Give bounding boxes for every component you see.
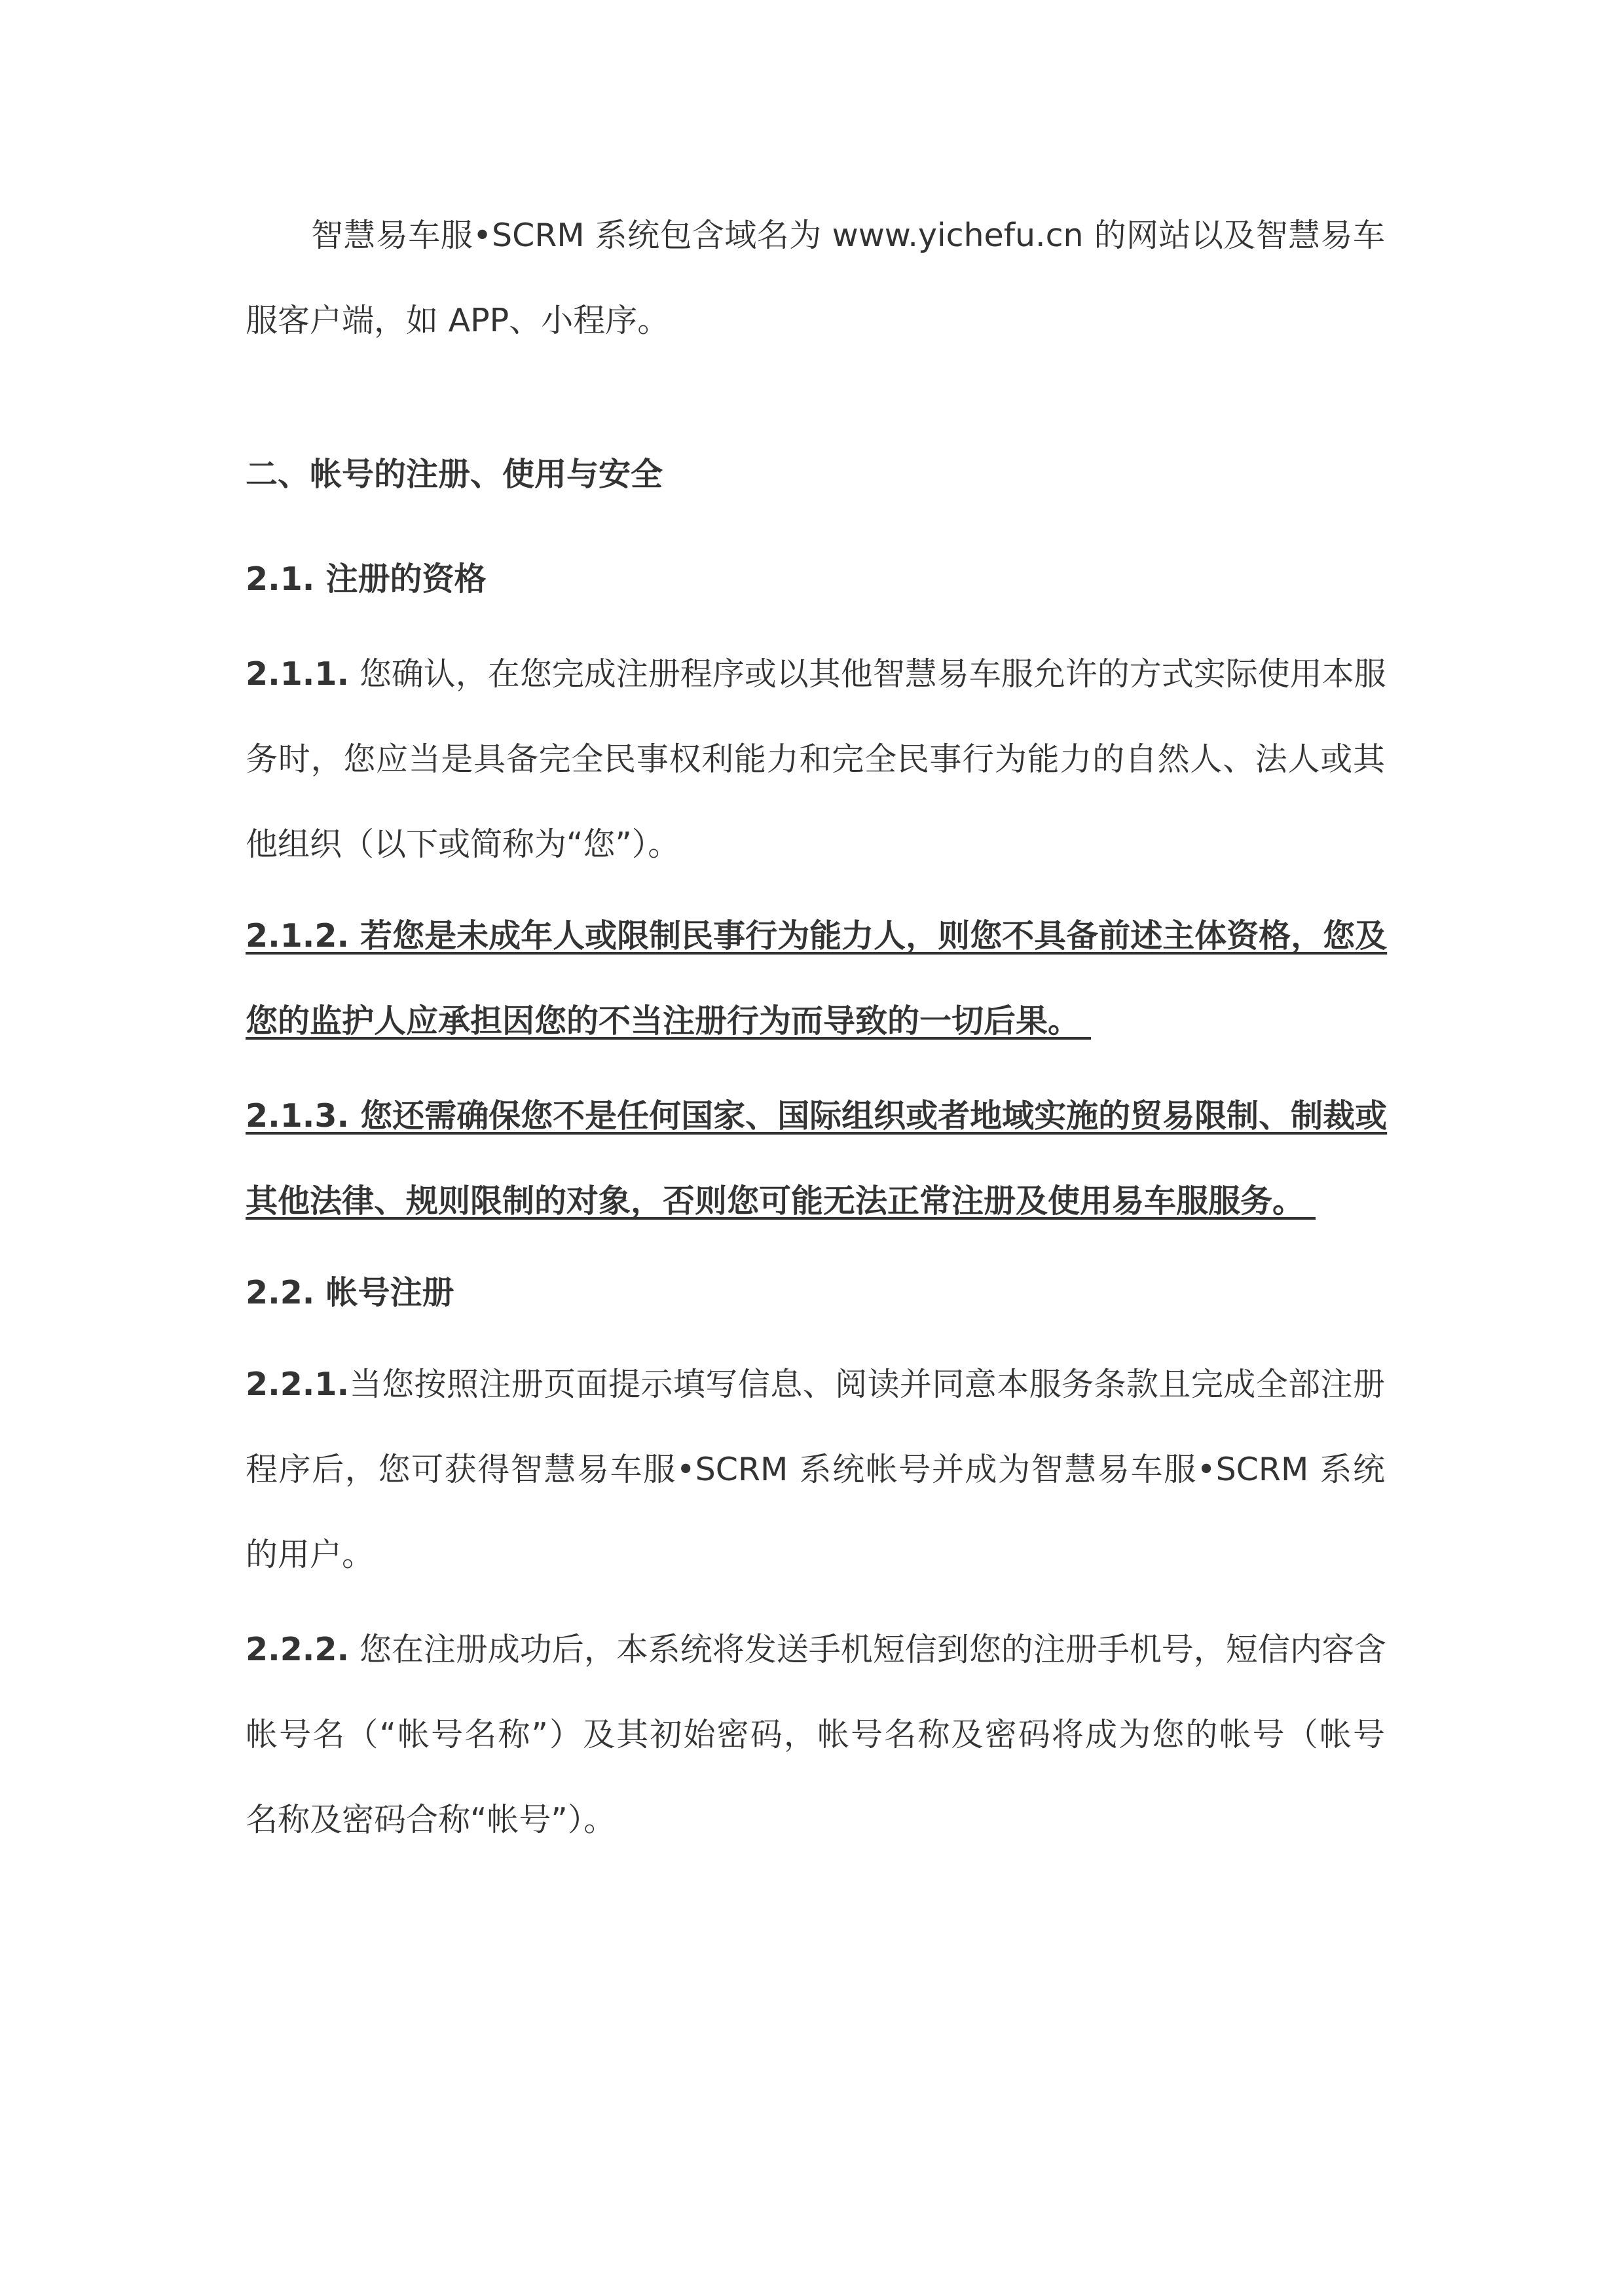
subsection-2-2-heading: 2.2. 帐号注册 <box>246 1273 454 1313</box>
clause-text: 您确认，在您完成注册程序或以其他智慧易车服允许的方式实际使用本服 <box>349 655 1386 693</box>
section-2-heading: 二、帐号的注册、使用与安全 <box>246 455 663 494</box>
clause-2-1-3-text-2: 其他法律、规则限制的对象，否则您可能无法正常注册及使用易车服服务。 <box>246 1182 1316 1220</box>
clause-2-1-1-line-3: 他组织（以下或简称为“您”）。 <box>246 825 680 864</box>
clause-2-2-1-line-2: 程序后，您可获得智慧易车服•SCRM 系统帐号并成为智慧易车服•SCRM 系统 <box>246 1450 1385 1489</box>
clause-text: 当您按照注册页面提示填写信息、阅读并同意本服务条款且完成全部注册 <box>349 1366 1385 1403</box>
clause-2-2-2-line-3: 名称及密码合称“帐号”）。 <box>246 1800 616 1840</box>
intro-line-1: 智慧易车服•SCRM 系统包含域名为 www.yichefu.cn 的网站以及智… <box>311 216 1385 255</box>
subsection-2-1-heading: 2.1. 注册的资格 <box>246 560 486 599</box>
clause-2-1-1-line-1: 2.1.1. 您确认，在您完成注册程序或以其他智慧易车服允许的方式实际使用本服 <box>246 655 1385 694</box>
clause-2-2-2-line-2: 帐号名（“帐号名称”）及其初始密码，帐号名称及密码将成为您的帐号（帐号 <box>246 1715 1385 1755</box>
clause-number: 2.1.1. <box>246 655 349 693</box>
clause-text: 您在注册成功后，本系统将发送手机短信到您的注册手机号，短信内容含 <box>349 1631 1386 1668</box>
clause-2-2-1-line-1: 2.2.1.当您按照注册页面提示填写信息、阅读并同意本服务条款且完成全部注册 <box>246 1365 1385 1404</box>
clause-2-1-3-text-1: 2.1.3. 您还需确保您不是任何国家、国际组织或者地域实施的贸易限制、制裁或 <box>246 1097 1387 1135</box>
clause-2-1-2-line-2: 您的监护人应承担因您的不当注册行为而导致的一切后果。 <box>246 1002 1091 1041</box>
clause-2-1-3-line-2: 其他法律、规则限制的对象，否则您可能无法正常注册及使用易车服服务。 <box>246 1182 1316 1221</box>
clause-2-1-2-line-1: 2.1.2. 若您是未成年人或限制民事行为能力人，则您不具备前述主体资格，您及 <box>246 917 1385 956</box>
clause-2-1-1-line-2: 务时，您应当是具备完全民事权利能力和完全民事行为能力的自然人、法人或其 <box>246 740 1385 779</box>
clause-2-1-3-line-1: 2.1.3. 您还需确保您不是任何国家、国际组织或者地域实施的贸易限制、制裁或 <box>246 1097 1385 1136</box>
intro-line-2: 服客户端，如 APP、小程序。 <box>246 301 669 340</box>
clause-2-2-2-line-1: 2.2.2. 您在注册成功后，本系统将发送手机短信到您的注册手机号，短信内容含 <box>246 1630 1385 1669</box>
clause-2-1-2-text-2: 您的监护人应承担因您的不当注册行为而导致的一切后果。 <box>246 1002 1091 1040</box>
clause-number: 2.2.2. <box>246 1631 349 1668</box>
clause-2-2-1-line-3: 的用户。 <box>246 1535 374 1575</box>
clause-number: 2.2.1. <box>246 1366 349 1403</box>
clause-2-1-2-text-1: 2.1.2. 若您是未成年人或限制民事行为能力人，则您不具备前述主体资格，您及 <box>246 917 1387 955</box>
